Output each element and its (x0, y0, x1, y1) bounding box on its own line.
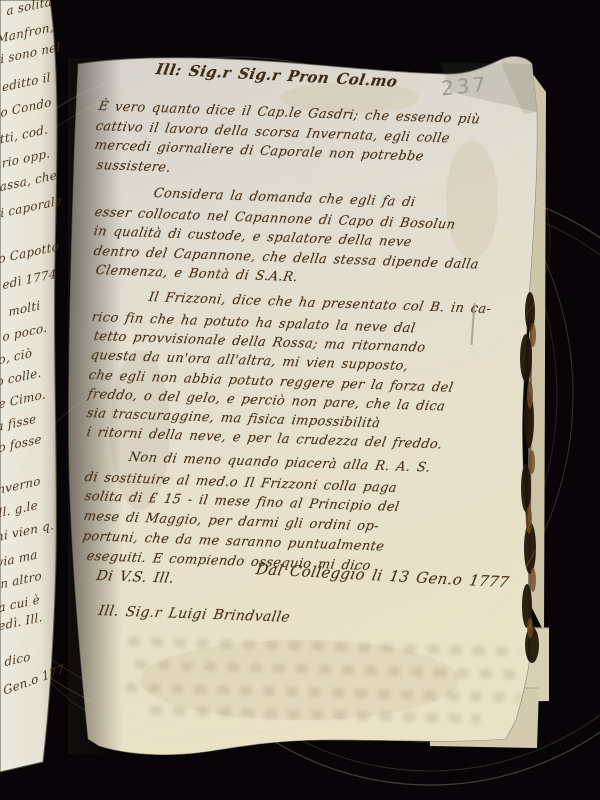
facing-page-text: a solita Manfron, di sono nel l'editto i… (0, 0, 64, 800)
facing-page-line: edì 1774 (2, 266, 57, 292)
facing-page-line: dico (4, 649, 31, 669)
facing-page-line: o, ciò (0, 346, 33, 367)
facing-page-line: molti (8, 298, 41, 319)
facing-page-line: o Capotto (0, 239, 59, 266)
letter-line: sussistere. (95, 158, 172, 176)
facing-page-line: ill. g.le (0, 498, 38, 521)
facing-page-line: Cassa, che (0, 168, 58, 196)
facing-page-line: via ma (0, 547, 38, 570)
facing-page-line: un altro (0, 569, 42, 594)
facing-page-line: o colle. (0, 365, 42, 389)
facing-page-line: nedì. Ill. (0, 610, 43, 635)
facing-page-line: a solita (6, 0, 52, 18)
manuscript-photo: a solita Manfron, di sono nel l'editto i… (0, 0, 600, 800)
facing-page-line: di caporale. (0, 192, 64, 222)
facing-page-line: l'editto il (0, 70, 51, 96)
facing-page-line: le Cimo. (0, 387, 46, 412)
facing-page-line: o poco. (2, 321, 48, 345)
facing-page-line: mi vien q. (0, 518, 54, 545)
facing-page-line: a fisse (0, 412, 37, 435)
archival-page-number: 237 (441, 72, 489, 101)
facing-page-line: Inverno (0, 474, 41, 498)
letter-valediction: Di V.S. Ill. (95, 568, 175, 587)
facing-page-line: di sono nel (0, 40, 61, 69)
facing-page-line: ario opp. (0, 146, 51, 172)
facing-page-line: otti, cod. (0, 122, 49, 148)
facing-page-line: tto Condo (0, 95, 52, 122)
facing-page-line: o fosse (0, 432, 42, 455)
